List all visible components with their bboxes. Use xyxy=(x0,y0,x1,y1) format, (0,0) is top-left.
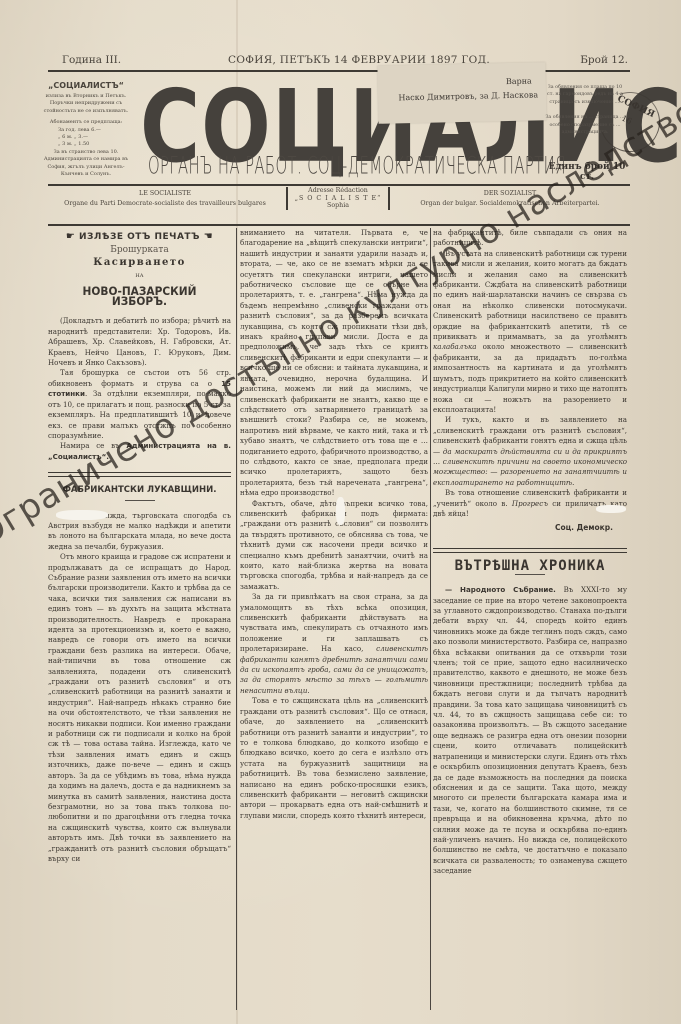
subscription-head: Абонаментъ се предплаща: xyxy=(40,119,132,126)
paragraph: Тая брошурка се състои отъ 56 стр. обикн… xyxy=(48,368,231,441)
paragraph: Въ това отношение сливенскитѣ фабриканти… xyxy=(433,488,627,519)
paragraph: — Народното Събрание. Въ XXXI-то му засе… xyxy=(433,585,627,876)
subscription-title: „СОЦИАЛИСТЪ“ xyxy=(40,80,132,91)
paragraph: За да ги привлѣкатъ на своя страна, за д… xyxy=(240,592,428,696)
french-title-block: LE SOCIALISTE Organe du Parti Democrate-… xyxy=(52,189,278,209)
address-label: Варна Наско Димитровъ, за Д. Наскова xyxy=(377,62,546,124)
paper-damage xyxy=(596,505,626,513)
paper-damage xyxy=(56,510,108,520)
paragraph: Това е то сжщинската цѣль на „сливенскит… xyxy=(240,696,428,821)
section-separator xyxy=(433,548,627,553)
pointing-hand-right-icon: ☛ xyxy=(66,232,75,242)
column-divider xyxy=(236,228,237,1010)
italic-text: калабалъка xyxy=(433,342,476,351)
language-row: LE SOCIALISTE Organe du Parti Democrate-… xyxy=(48,189,628,227)
german-title-block: DER SOZIALIST Organ der bulgar. Socialde… xyxy=(392,189,628,209)
text: Въ XXXI-то му заседание се прие на второ… xyxy=(433,585,627,875)
address-line: Adresse Rédaction xyxy=(288,187,388,195)
brochure-na: НА xyxy=(48,271,231,281)
brochure-title: Касирването xyxy=(48,258,231,268)
italic-text: да маскиратъ дѣйствията си и да прикрият… xyxy=(433,447,627,487)
single-issue-price: Единъ брой 10 ст. xyxy=(548,162,626,182)
address-line: „S O C I A L I S T E“ xyxy=(288,195,388,203)
announcement-heading-text: ИЗЛѢЗЕ ОТЪ ПЕЧАТЪ xyxy=(79,232,200,242)
column-2: вниманието на читателя. Първата е, че бл… xyxy=(240,228,428,821)
column-divider xyxy=(430,228,431,1010)
section-separator xyxy=(48,472,231,477)
year-label: Година III. xyxy=(62,54,121,66)
masthead-bottom-rule xyxy=(48,184,630,186)
paragraph: Отъ много краища и градове сж испратени … xyxy=(48,552,231,864)
italic-text: Прогресъ xyxy=(512,499,548,508)
newspaper-page: Година III. СОФИЯ, ПЕТЪКЪ 14 ФЕВРУАРИИ 1… xyxy=(0,0,681,1024)
issue-number: Брой 12. xyxy=(580,54,628,66)
french-subtitle: Organe du Parti Democrate-socialiste des… xyxy=(52,199,278,209)
short-rule xyxy=(125,500,155,501)
postmark-day: 16 xyxy=(620,114,633,126)
article-heading: ФАБРИКАНТСКИ ЛУКАВЩИНИ. xyxy=(48,485,231,495)
paragraph: вниманието на читателя. Първата е, че бл… xyxy=(240,228,428,499)
paragraph: на фабрикантитѣ, биле съвпадали съ ония … xyxy=(433,228,627,249)
masthead-subtitle: ОРГАНЪ НА РАБОТ. СОЦ-ДЕМОКРАТИЧЕСКА ПАРТ… xyxy=(148,152,452,180)
subscription-box: „СОЦИАЛИСТЪ“ излиза въ Вторникъ и Петъкъ… xyxy=(40,80,132,178)
admin-address: Администрацията се намира въ София, жгъл… xyxy=(40,156,132,178)
french-title: LE SOCIALISTE xyxy=(52,189,278,199)
paragraph: Фактътъ, обачe, дѣто въпреки всичко това… xyxy=(240,499,428,593)
address-recipient: Наско Димитровъ, за Д. Наскова xyxy=(398,90,538,102)
paragraph: (Докладътъ и дебатитѣ по избора; рѣчитѣ … xyxy=(48,316,231,368)
text: около множеството — сливенскитѣ фабрикан… xyxy=(433,342,627,413)
paragraph: Намира се въ Администрацията на в. „Соци… xyxy=(48,441,231,462)
editorial-address: Adresse Rédaction „S O C I A L I S T E“ … xyxy=(286,187,390,210)
subscription-desc: излиза въ Вторникъ и Петъкъ. Поръчки неп… xyxy=(40,93,132,115)
column-1: ☛ ИЗЛѢЗЕ ОТЪ ПЕЧАТЪ ☚ Брошурката Касирва… xyxy=(48,232,231,864)
paragraph: И тукъ, както и въ заявлението на „сливе… xyxy=(433,415,627,488)
brochure-label: Брошурката xyxy=(48,245,231,255)
abroad-price: За въ странство лева 10. xyxy=(40,149,132,156)
text: Намира се въ xyxy=(60,441,126,450)
text: Тая брошурка се състои отъ 56 стр. обикн… xyxy=(48,368,231,387)
address-city: Варна xyxy=(506,77,532,87)
price-line: „ 6 м. „ 3.— xyxy=(40,134,132,141)
brochure-subtitle: НОВО-ПАЗАРСКИЙ ИЗБОРЪ. xyxy=(55,286,223,307)
paragraph: Въ устата на сливенскитѣ работници сж ту… xyxy=(433,249,627,416)
paper-damage xyxy=(336,497,345,525)
short-rule xyxy=(515,574,545,575)
german-subtitle: Organ der bulgar. Socialdemokratischen A… xyxy=(392,199,628,209)
price-line: За год. лева 6.— xyxy=(40,127,132,134)
article-signature: Соц. Демокр. xyxy=(433,523,613,533)
language-bottom-rule xyxy=(48,224,630,226)
section-heading: ВЪТРѢШНА ХРОНИКА xyxy=(433,561,627,571)
pointing-hand-left-icon: ☚ xyxy=(204,232,213,242)
german-title: DER SOZIALIST xyxy=(392,189,628,199)
news-lead: — Народното Събрание. xyxy=(445,585,556,594)
column-3: на фабрикантитѣ, биле съвпадали съ ония … xyxy=(433,228,627,877)
text: Въ устата на сливенскитѣ работници сж ту… xyxy=(433,249,627,341)
address-line: Sophia xyxy=(288,202,388,210)
announcement-heading: ☛ ИЗЛѢЗЕ ОТЪ ПЕЧАТЪ ☚ xyxy=(48,232,231,242)
price-line: „ 3 м. „ 1.50 xyxy=(40,141,132,148)
